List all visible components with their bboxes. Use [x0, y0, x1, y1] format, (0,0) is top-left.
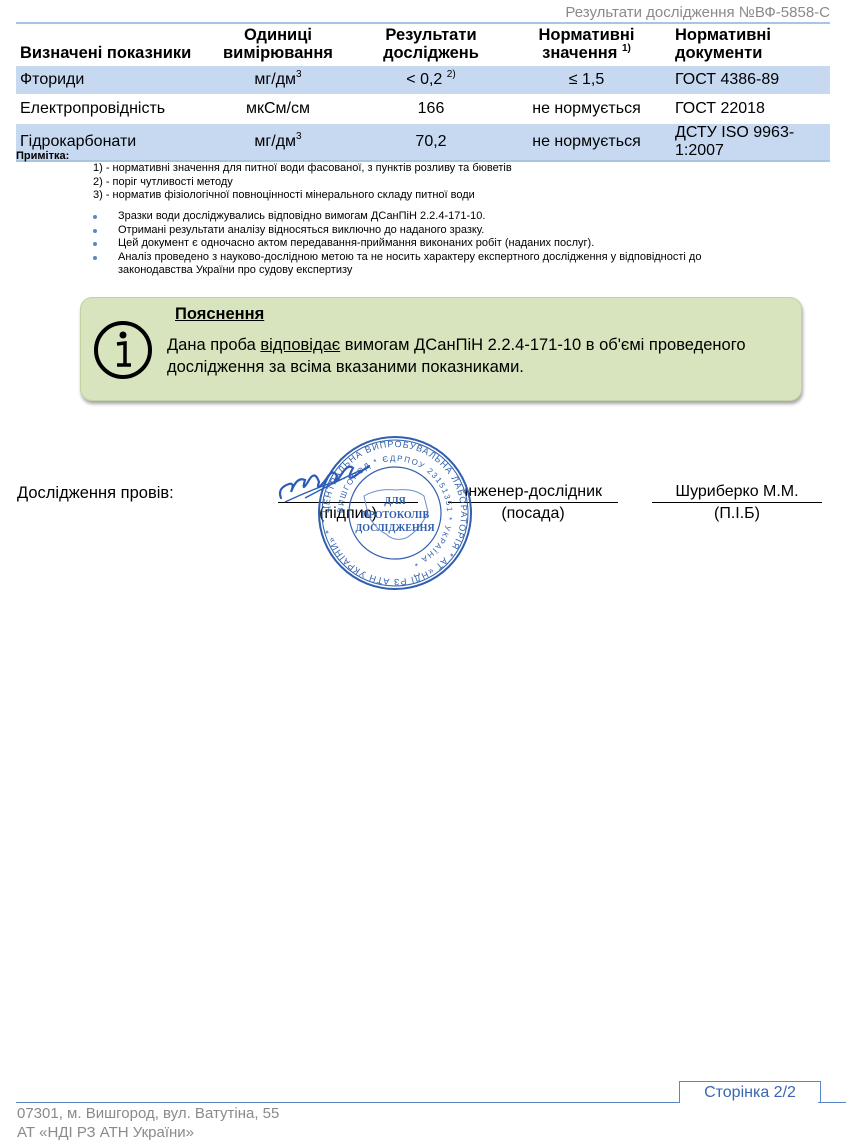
column-header-norm: Нормативнізначення 1): [510, 24, 663, 66]
bullet-icon: [93, 215, 97, 219]
cell-norm: не нормується: [510, 124, 663, 162]
table-row: Гідрокарбонати мг/дм3 70,2 не нормується…: [16, 124, 830, 162]
cell-document: ДСТУ ISO 9963-1:2007: [663, 124, 830, 162]
cell-unit: мг/дм3: [204, 66, 352, 95]
cell-result: 70,2: [352, 124, 510, 162]
remark-item: Зразки води досліджувались відповідно ви…: [93, 210, 753, 224]
cell-norm: не нормується: [510, 95, 663, 124]
footnote-item: 2) - поріг чутливості методу: [93, 176, 512, 190]
signature-field: (підпис): [278, 486, 418, 523]
notes-title: Примітка:: [16, 150, 69, 162]
column-header-unit: Одиницівимірювання: [204, 24, 352, 66]
document-reference: Результати дослідження №ВФ-5858-С: [565, 4, 830, 21]
name-value: Шуриберко М.М.: [652, 483, 822, 501]
cell-indicator: Електропровідність: [16, 95, 204, 124]
results-table: Визначені показники Одиницівимірювання Р…: [16, 24, 830, 162]
column-header-indicator: Визначені показники: [16, 24, 204, 66]
bullet-icon: [93, 229, 97, 233]
remark-item: Аналіз проведено з науково-дослідною мет…: [93, 251, 753, 278]
cell-document: ГОСТ 22018: [663, 95, 830, 124]
cell-result: < 0,2 2): [352, 66, 510, 95]
explanation-title: Пояснення: [175, 305, 264, 324]
cell-result: 166: [352, 95, 510, 124]
name-field: Шуриберко М.М. (П.І.Б): [652, 486, 822, 523]
svg-text:ДОСЛІДЖЕННЯ: ДОСЛІДЖЕННЯ: [355, 523, 435, 534]
cell-document: ГОСТ 4386-89: [663, 66, 830, 95]
position-field: Інженер-дослідник (посада): [448, 486, 618, 523]
table-row: Фториди мг/дм3 < 0,2 2) ≤ 1,5 ГОСТ 4386-…: [16, 66, 830, 95]
remark-item: Цей документ є одночасно актом передаван…: [93, 237, 753, 251]
footnote-item: 1) - нормативні значення для питної води…: [93, 162, 512, 176]
cell-unit: мкСм/см: [204, 95, 352, 124]
footnotes-list: 1) - нормативні значення для питної води…: [93, 162, 512, 203]
footer-address: 07301, м. Вишгород, вул. Ватутіна, 55 АТ…: [17, 1104, 279, 1142]
table-row: Електропровідність мкСм/см 166 не нормує…: [16, 95, 830, 124]
page-number: Сторінка 2/2: [679, 1081, 821, 1102]
remarks-list: Зразки води досліджувались відповідно ви…: [93, 210, 753, 278]
position-caption: (посада): [448, 505, 618, 523]
position-value: Інженер-дослідник: [448, 483, 618, 501]
organization-name: АТ «НДІ РЗ АТН України»: [17, 1123, 279, 1142]
explanation-box: Пояснення Дана проба відповідає вимогам …: [80, 297, 802, 401]
signature-label: Дослідження провів:: [17, 484, 174, 503]
bullet-icon: [93, 256, 97, 260]
cell-norm: ≤ 1,5: [510, 66, 663, 95]
signature-caption: (підпис): [278, 505, 418, 523]
table-header-row: Визначені показники Одиницівимірювання Р…: [16, 24, 830, 66]
remark-item: Отримані результати аналізу відносяться …: [93, 224, 753, 238]
footnote-item: 3) - норматив фізіологічної повноцінност…: [93, 189, 512, 203]
cell-unit: мг/дм3: [204, 124, 352, 162]
column-header-result: Результатидосліджень: [352, 24, 510, 66]
bullet-icon: [93, 242, 97, 246]
cell-indicator: Фториди: [16, 66, 204, 95]
info-icon: [93, 320, 153, 380]
name-caption: (П.І.Б): [652, 505, 822, 523]
column-header-document: Нормативнідокументи: [663, 24, 830, 66]
explanation-text: Дана проба відповідає вимогам ДСанПіН 2.…: [167, 334, 787, 378]
address-line: 07301, м. Вишгород, вул. Ватутіна, 55: [17, 1104, 279, 1123]
